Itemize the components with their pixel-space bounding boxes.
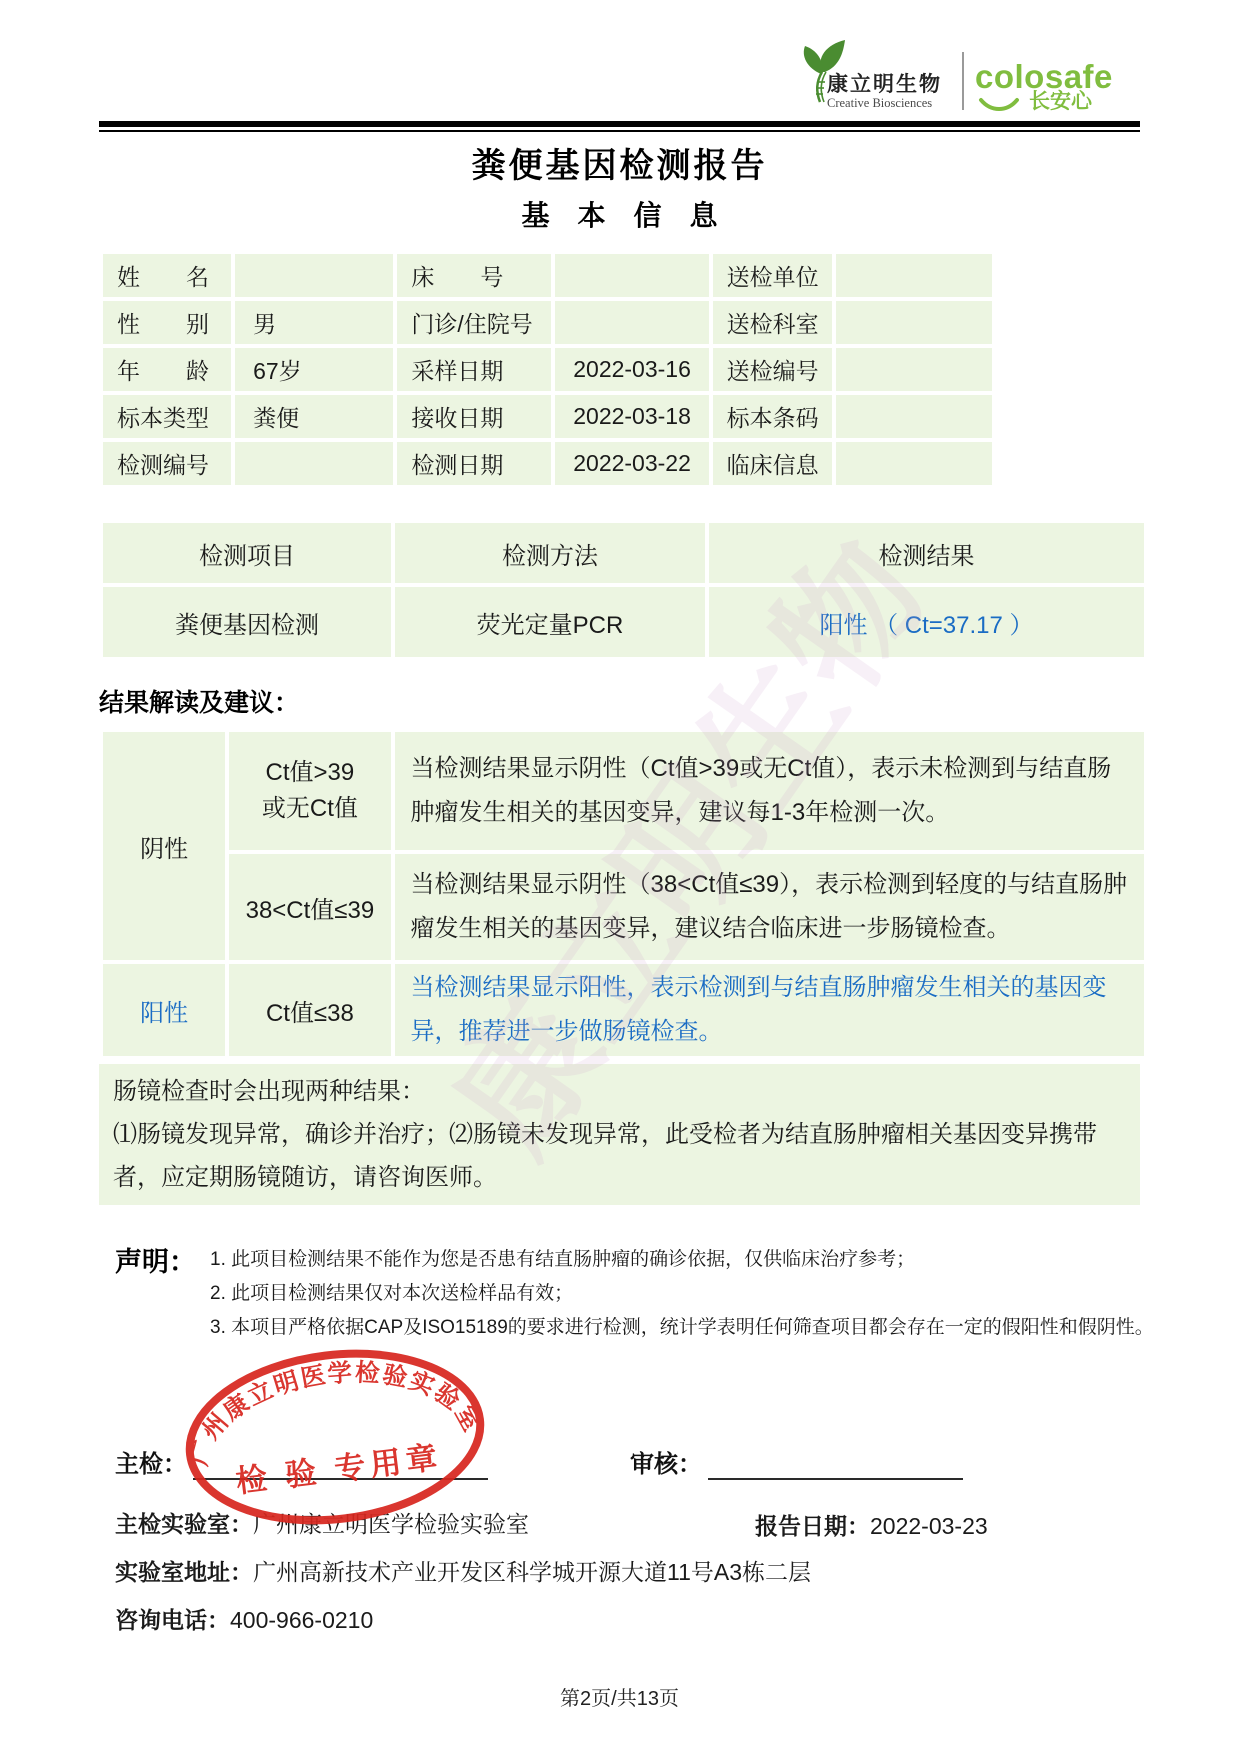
table-row: 姓 名 床 号 送检单位 (103, 254, 992, 297)
info-value: 粪便 (235, 395, 393, 438)
info-value: 2022-03-18 (555, 395, 708, 438)
brand-left-name: 康立明生物 (827, 74, 942, 96)
statement-label: 声明： (115, 1247, 196, 1352)
info-label: 接收日期 (397, 395, 551, 438)
info-value (555, 254, 708, 297)
result-table: 检测项目 检测方法 检测结果 粪便基因检测 荧光定量PCR 阳性 （ Ct=37… (99, 519, 1148, 661)
interp-ct-range: Ct值≤38 (229, 964, 390, 1056)
info-value (235, 254, 393, 297)
table-row: 粪便基因检测 荧光定量PCR 阳性 （ Ct=37.17 ） (103, 587, 1144, 657)
phone-label: 咨询电话： (115, 1607, 230, 1633)
phone-value: 400-966-0210 (230, 1607, 373, 1633)
info-label: 检测日期 (397, 442, 551, 485)
examiner-row: 主检： (115, 1450, 488, 1480)
interp-ct-range: 38<Ct值≤39 (229, 854, 390, 960)
statement-section: 声明： 1. 此项目检测结果不能作为您是否患有结直肠肿瘤的确诊依据，仅供临床治疗… (115, 1247, 1154, 1352)
colonoscopy-note: 肠镜检查时会出现两种结果： ⑴肠镜发现异常，确诊并治疗；⑵肠镜未发现异常，此受检… (99, 1064, 1140, 1205)
info-label: 标本条码 (713, 395, 832, 438)
report-date-label: 报告日期： (755, 1513, 870, 1539)
brand-left-text: 康立明生物 Creative Biosciences (827, 74, 942, 111)
reviewer-label: 审核： (630, 1450, 702, 1480)
statement-item: 1. 此项目检测结果不能作为您是否患有结直肠肿瘤的确诊依据，仅供临床治疗参考； (210, 1250, 1154, 1270)
report-date-value: 2022-03-23 (870, 1513, 988, 1539)
brand-divider (962, 52, 964, 110)
statement-item: 3. 本项目严格依据CAP及ISO15189的要求进行检测，统计学表明任何筛查项… (210, 1318, 1154, 1338)
interpretation-table: 阴性 Ct值>39 或无Ct值 当检测结果显示阴性（Ct值>39或无Ct值），表… (99, 728, 1148, 1060)
interp-text-positive: 当检测结果显示阳性，表示检测到与结直肠肿瘤发生相关的基因变异，推荐进一步做肠镜检… (395, 964, 1144, 1056)
report-page: 康立明生物 康立明生物 Creative Biosciences colosaf… (0, 0, 1239, 1754)
info-value (235, 442, 393, 485)
brand-colosafe: colosafe 长安心 (975, 60, 1113, 113)
result-header-item: 检测项目 (103, 523, 391, 583)
brand-right-subtitle: 长安心 (1029, 91, 1092, 113)
examiner-label: 主检： (115, 1450, 187, 1480)
statement-items: 1. 此项目检测结果不能作为您是否患有结直肠肿瘤的确诊依据，仅供临床治疗参考； … (210, 1247, 1154, 1352)
info-value (836, 301, 992, 344)
page-number: 第2页/共13页 (0, 1682, 1239, 1711)
brand-left-subtitle: Creative Biosciences (827, 96, 942, 111)
table-row: 年 龄 67岁 采样日期 2022-03-16 送检编号 (103, 348, 992, 391)
info-value (836, 442, 992, 485)
info-label: 性 别 (103, 301, 231, 344)
result-method: 荧光定量PCR (395, 587, 705, 657)
interp-text: 当检测结果显示阴性（38<Ct值≤39），表示检测到轻度的与结直肠肿瘤发生相关的… (395, 854, 1144, 960)
table-row: 阴性 Ct值>39 或无Ct值 当检测结果显示阴性（Ct值>39或无Ct值），表… (103, 732, 1144, 850)
info-label: 临床信息 (713, 442, 832, 485)
info-label: 送检编号 (713, 348, 832, 391)
header-rule (99, 121, 1140, 132)
examiner-signature-line (193, 1450, 488, 1480)
result-header-result: 检测结果 (709, 523, 1144, 583)
info-value: 67岁 (235, 348, 393, 391)
table-row: 性 别 男 门诊/住院号 送检科室 (103, 301, 992, 344)
table-row: 标本类型 粪便 接收日期 2022-03-18 标本条码 (103, 395, 992, 438)
address-row: 实验室地址：广州高新技术产业开发区科学城开源大道11号A3栋二层 (115, 1554, 811, 1587)
lab-label: 主检实验室： (115, 1511, 253, 1537)
page-title: 粪便基因检测报告 (99, 144, 1140, 188)
result-item: 粪便基因检测 (103, 587, 391, 657)
reviewer-row: 审核： (630, 1450, 963, 1480)
info-value (555, 301, 708, 344)
table-row: 检测编号 检测日期 2022-03-22 临床信息 (103, 442, 992, 485)
info-label: 送检单位 (713, 254, 832, 297)
info-value: 2022-03-16 (555, 348, 708, 391)
interp-negative-label: 阴性 (103, 732, 225, 960)
info-label: 送检科室 (713, 301, 832, 344)
table-row: 38<Ct值≤39 当检测结果显示阴性（38<Ct值≤39），表示检测到轻度的与… (103, 854, 1144, 960)
statement-item: 2. 此项目检测结果仅对本次送检样品有效； (210, 1284, 1154, 1304)
table-row: 阳性 Ct值≤38 当检测结果显示阳性，表示检测到与结直肠肿瘤发生相关的基因变异… (103, 964, 1144, 1056)
info-label: 采样日期 (397, 348, 551, 391)
info-label: 门诊/住院号 (397, 301, 551, 344)
info-label: 年 龄 (103, 348, 231, 391)
report-date-row: 报告日期：2022-03-23 (755, 1508, 988, 1541)
info-label: 标本类型 (103, 395, 231, 438)
page-content: 粪便基因检测报告 基 本 信 息 姓 名 床 号 送检单位 性 别 男 门诊/住… (99, 0, 1140, 1205)
result-header-method: 检测方法 (395, 523, 705, 583)
info-value (836, 395, 992, 438)
interpretation-heading: 结果解读及建议： (99, 683, 1140, 719)
reviewer-signature-line (708, 1450, 963, 1480)
basic-info-table: 姓 名 床 号 送检单位 性 别 男 门诊/住院号 送检科室 年 龄 67岁 采… (99, 250, 996, 489)
interp-text: 当检测结果显示阴性（Ct值>39或无Ct值），表示未检测到与结直肠肿瘤发生相关的… (395, 732, 1144, 850)
address-value: 广州高新技术产业开发区科学城开源大道11号A3栋二层 (253, 1559, 811, 1585)
info-value: 男 (235, 301, 393, 344)
table-row: 检测项目 检测方法 检测结果 (103, 523, 1144, 583)
colonoscopy-body: ⑴肠镜发现异常，确诊并治疗；⑵肠镜未发现异常，此受检者为结直肠肿瘤相关基因变异携… (113, 1113, 1126, 1199)
phone-row: 咨询电话：400-966-0210 (115, 1602, 373, 1635)
brand-creative-biosciences: 康立明生物 Creative Biosciences (793, 38, 973, 116)
lab-value: 广州康立明医学检验实验室 (253, 1511, 529, 1537)
info-label: 检测编号 (103, 442, 231, 485)
info-value: 2022-03-22 (555, 442, 708, 485)
lab-row: 主检实验室：广州康立明医学检验实验室 (115, 1506, 529, 1539)
info-label: 床 号 (397, 254, 551, 297)
interp-ct-range: Ct值>39 或无Ct值 (229, 732, 390, 850)
address-label: 实验室地址： (115, 1559, 253, 1585)
info-label: 姓 名 (103, 254, 231, 297)
basic-info-heading: 基 本 信 息 (99, 198, 1140, 234)
interp-positive-label: 阳性 (103, 964, 225, 1056)
info-value (836, 348, 992, 391)
colonoscopy-heading: 肠镜检查时会出现两种结果： (113, 1070, 1126, 1113)
result-value: 阳性 （ Ct=37.17 ） (709, 587, 1144, 657)
info-value (836, 254, 992, 297)
brand-right-name: colosafe (975, 60, 1113, 93)
smile-icon (977, 97, 1021, 113)
